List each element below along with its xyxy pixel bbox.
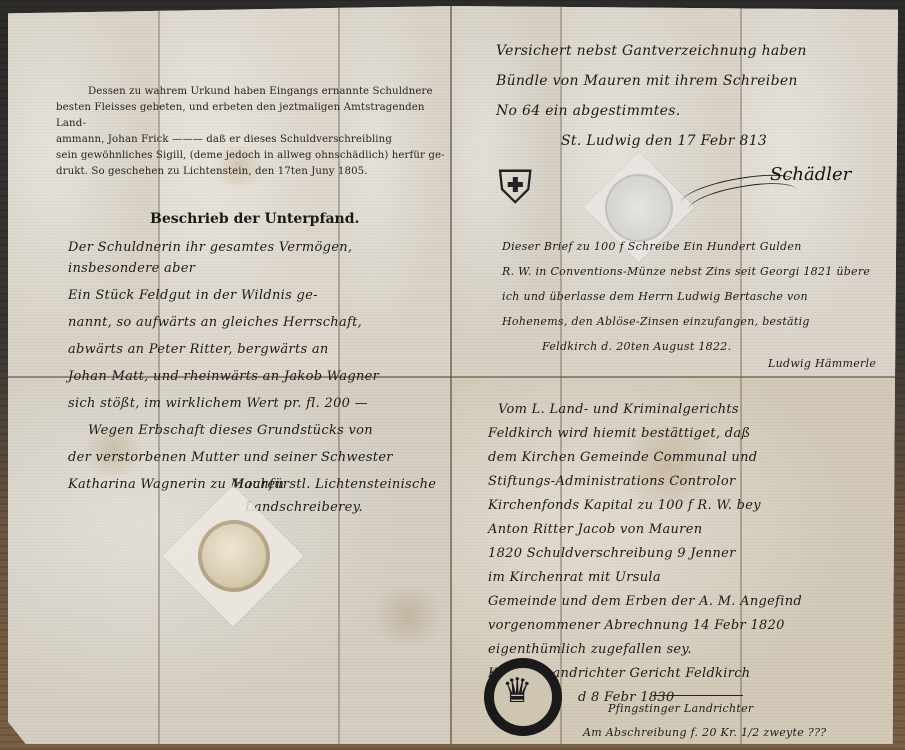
document-sheet: Dessen zu wahrem Urkund haben Eingangs e… (8, 6, 898, 744)
handwritten-line: 1820 Schuldverschreibung 9 Jenner (488, 542, 802, 566)
printed-line: ammann, Johan Frick ——— daß er dieses Sc… (56, 132, 456, 148)
printed-line: besten Fleisses gebeten, und erbeten den… (56, 100, 456, 132)
embossed-seal-icon (605, 174, 673, 242)
handwritten-line: nannt, so aufwärts an gleiches Herrschaf… (68, 309, 393, 336)
handwritten-line: sich stößt, im wirklichem Wert pr. fl. 2… (68, 390, 393, 417)
crowned-coat-of-arms-icon: ⛨ (498, 164, 533, 210)
handwritten-line: Gemeinde und dem Erben der A. M. Angefin… (488, 590, 802, 614)
chancery-signature-block: Hochfürstl. Lichtensteinische Landschrei… (233, 471, 436, 521)
official-signature: Schädler (770, 164, 851, 185)
handwritten-line: Kirchenfonds Kapital zu 100 f R. W. bey (488, 494, 802, 518)
handwritten-line: Vom L. Land- und Kriminalgerichts (488, 398, 802, 422)
handwritten-line: St. Ludwig den 17 Febr 813 (496, 126, 807, 156)
wax-seal-icon (198, 520, 270, 592)
handwritten-line: Stiftungs-Administrations Controlor (488, 470, 802, 494)
top-handwritten-note: Versichert nebst Gantverzeichnung haben … (496, 36, 807, 156)
handwritten-line: R. W. in Conventions-Münze nebst Zins se… (502, 259, 870, 284)
lower-note-signature: Pfingstinger Landrichter (608, 696, 754, 721)
middle-handwritten-note: Dieser Brief zu 100 f Schreibe Ein Hunde… (502, 234, 870, 359)
section-heading: Beschrieb der Unterpfand. (150, 211, 359, 227)
printed-line: drukt. So geschehen zu Lichtenstein, den… (56, 164, 456, 180)
stain (368, 586, 448, 646)
fee-annotation: Am Abschreibung f. 20 Kr. 1/2 zweyte ??? (583, 720, 826, 745)
handwritten-line: Johan Matt, und rheinwärts an Jakob Wagn… (68, 363, 393, 390)
handwritten-line: Feldkirch wird hiemit bestättiget, daß (488, 422, 802, 446)
handwritten-line: No 64 ein abgestimmtes. (496, 96, 807, 126)
handwritten-line: der verstorbenen Mutter und seiner Schwe… (68, 444, 393, 471)
handwritten-line: Dieser Brief zu 100 f Schreibe Ein Hunde… (502, 234, 870, 259)
double-headed-eagle-icon: ♛ (502, 674, 532, 708)
handwritten-line: dem Kirchen Gemeinde Communal und (488, 446, 802, 470)
printed-line: Dessen zu wahrem Urkund haben Eingangs e… (56, 84, 456, 100)
handwritten-line: Anton Ritter Jacob von Mauren (488, 518, 802, 542)
handwritten-line: Wegen Erbschaft dieses Grundstücks von (68, 417, 393, 444)
round-court-stamp-icon: ♛ (484, 658, 562, 736)
handwritten-line: Bündle von Mauren mit ihrem Schreiben (496, 66, 807, 96)
middle-note-signature: Ludwig Hämmerle (768, 351, 876, 376)
handwritten-line: vorgenommener Abrechnung 14 Febr 1820 (488, 614, 802, 638)
handwritten-line: abwärts an Peter Ritter, bergwärts an (68, 336, 393, 363)
handwritten-line: Ein Stück Feldgut in der Wildnis ge- (68, 282, 393, 309)
handwritten-line: Hohenems, den Ablöse-Zinsen einzufangen,… (502, 309, 870, 334)
printed-paragraph: Dessen zu wahrem Urkund haben Eingangs e… (56, 84, 456, 180)
printed-line: sein gewöhnliches Sigill, (deme jedoch i… (56, 148, 456, 164)
handwritten-line: eigenthümlich zugefallen sey. (488, 638, 802, 662)
handwritten-line: ich und überlasse dem Herrn Ludwig Berta… (502, 284, 870, 309)
handwritten-collateral-description: Der Schuldnerin ihr gesamtes Vermögen, i… (68, 234, 393, 498)
handwritten-line: Versichert nebst Gantverzeichnung haben (496, 36, 807, 66)
handwritten-line: im Kirchenrat mit Ursula (488, 566, 802, 590)
